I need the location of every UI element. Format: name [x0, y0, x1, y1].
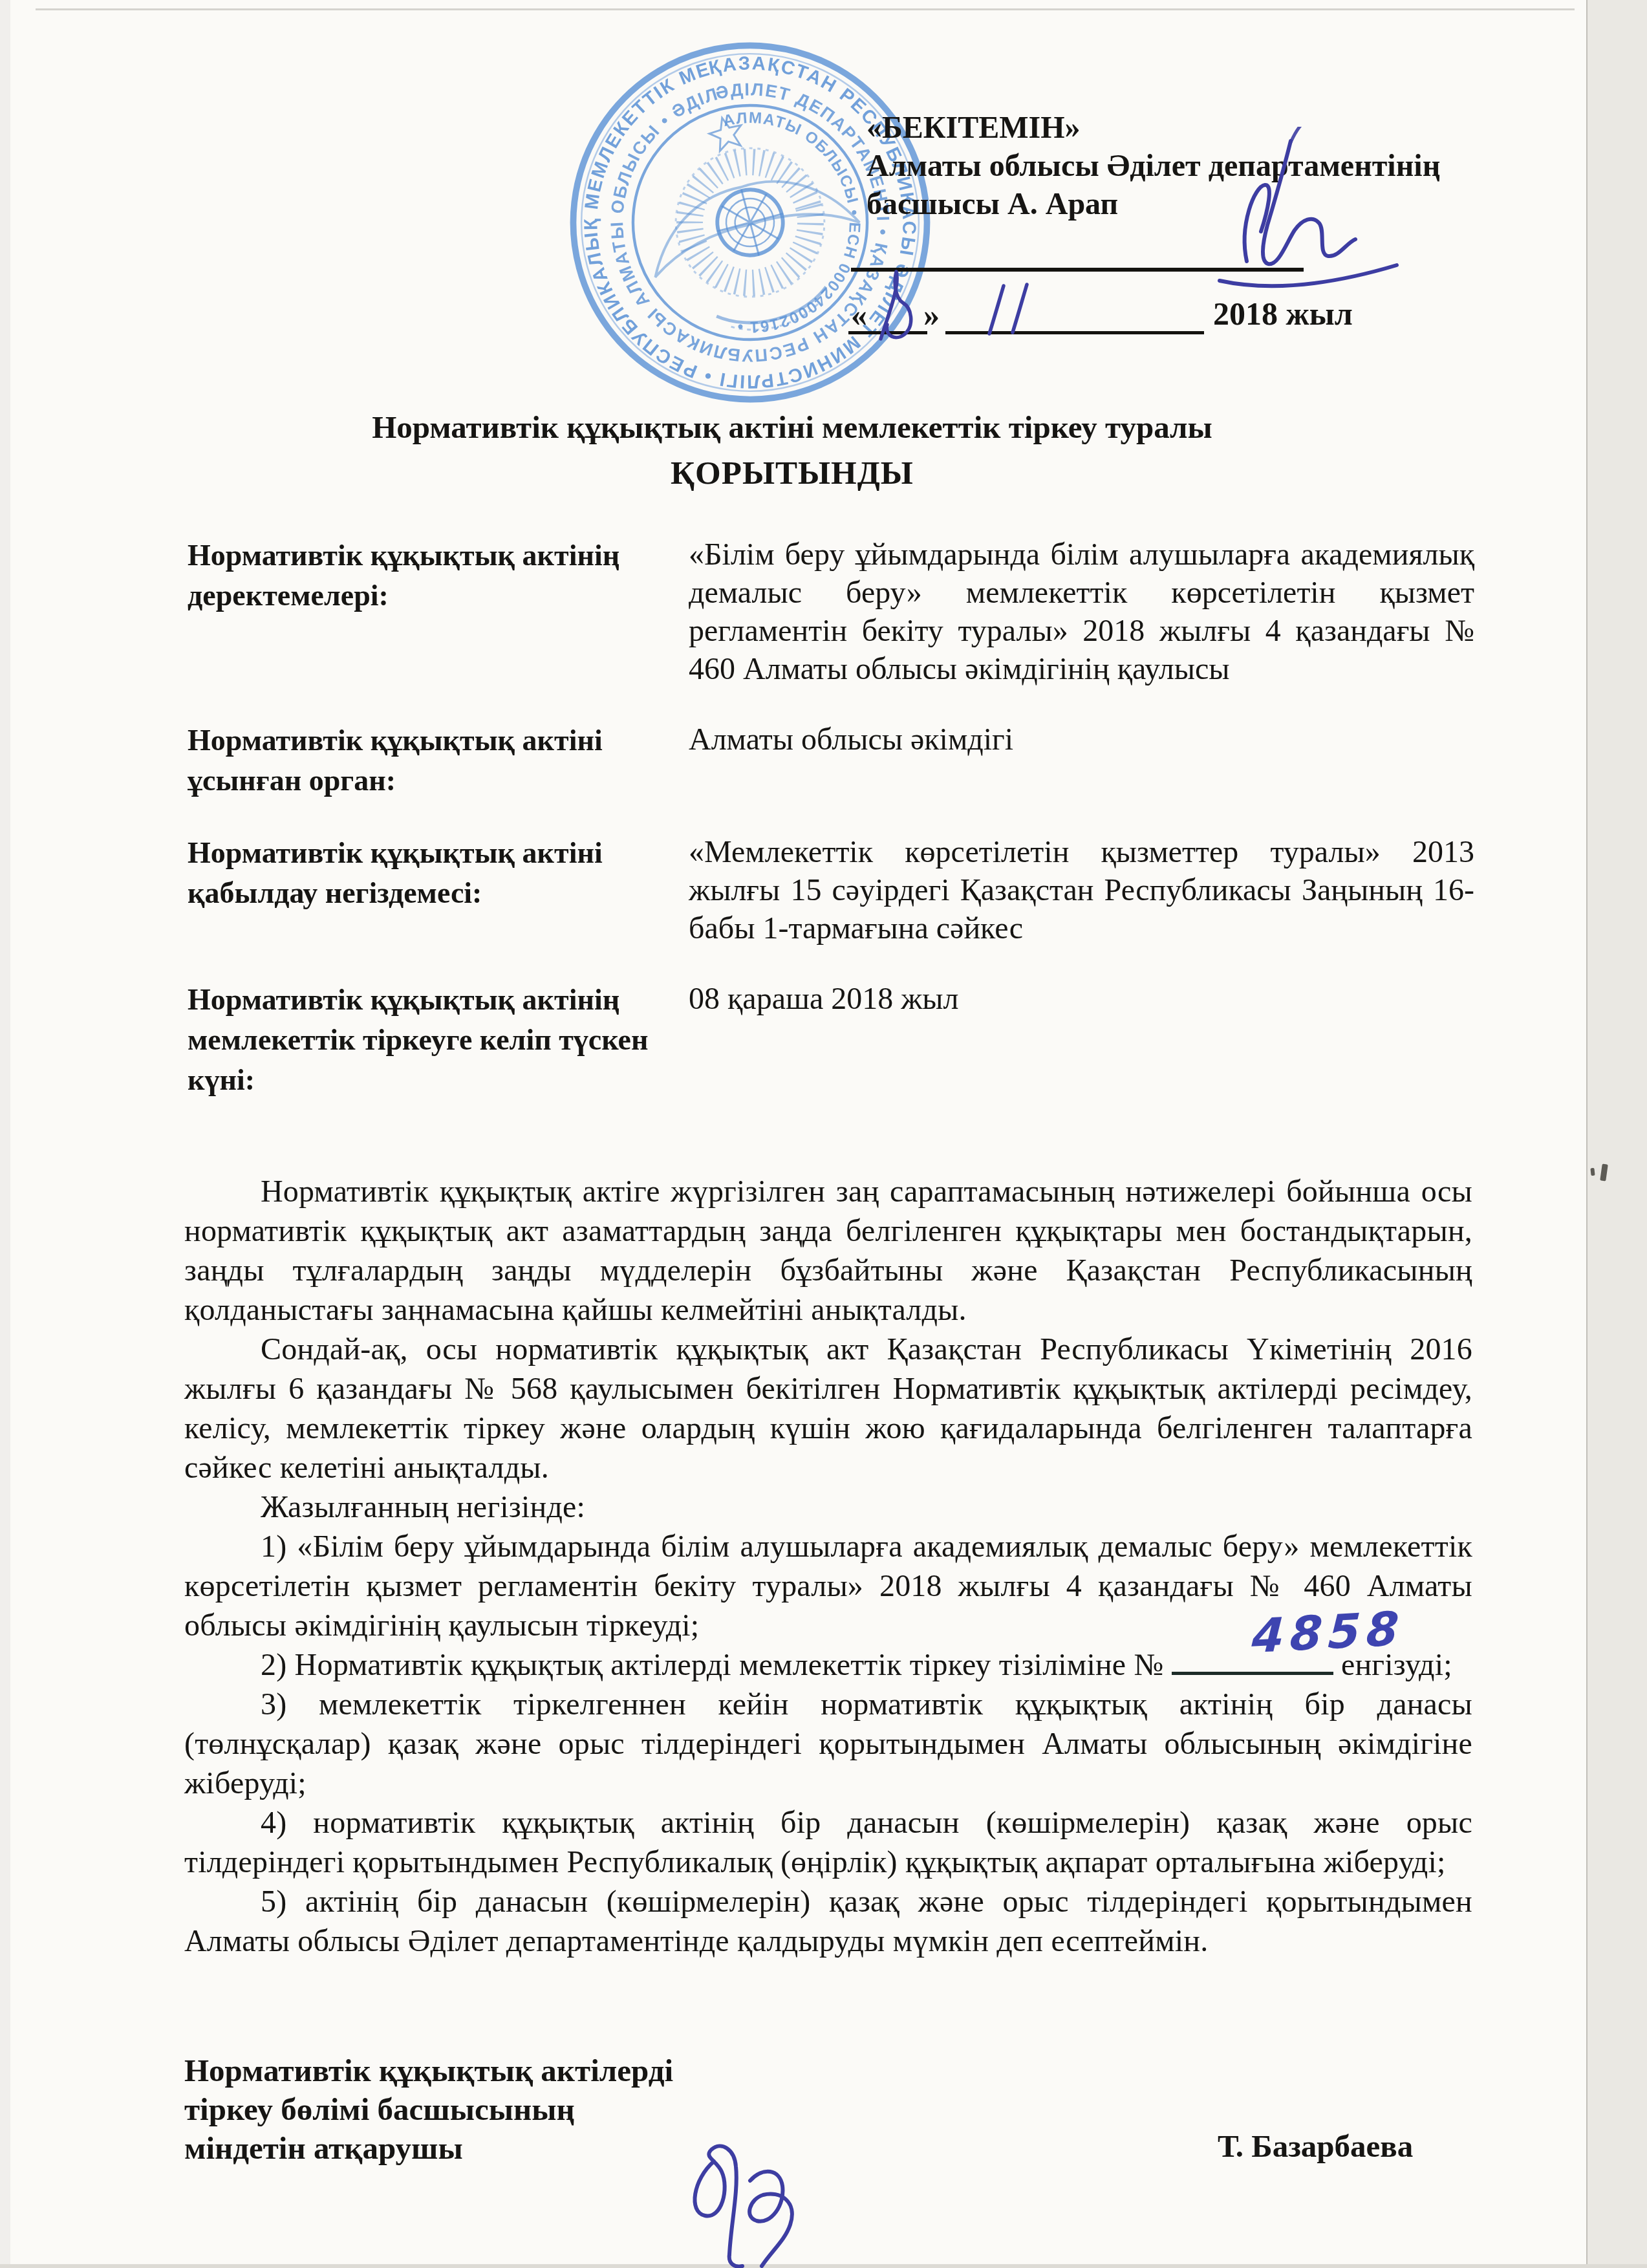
details-row-requisites: Нормативтік құқықтық актінің деректемеле… — [188, 535, 1474, 688]
details-value: «Білім беру ұйымдарында білім алушыларға… — [689, 535, 1474, 688]
title-line-2: ҚОРЫТЫНДЫ — [184, 454, 1400, 493]
scan-edge-top — [36, 8, 1575, 10]
signoff-position-line-2: тіркеу бөлімі басшысының — [184, 2090, 1478, 2129]
handwritten-month-11 — [978, 282, 1037, 339]
handwritten-day-mark — [861, 266, 934, 345]
scan-speck — [1590, 1168, 1595, 1176]
details-value: «Мемлекеттік көрсетілетін қызметтер тура… — [689, 833, 1474, 947]
approval-date-line: « » 2018 жыл — [851, 296, 867, 334]
list-item-2-prefix: 2) Нормативтік құқықтық актілерді мемлек… — [261, 1648, 1164, 1682]
details-label: Нормативтік құқықтық актінің мемлекеттік… — [188, 980, 689, 1100]
details-row-received-date: Нормативтік құқықтық актінің мемлекеттік… — [188, 980, 1474, 1100]
scanned-document-page: ҚАЗАҚСТАН РЕСПУБЛИКАСЫ ӘДІЛЕТ МИНИСТРЛІГ… — [0, 0, 1647, 2268]
signoff-name: Т. Базарбаева — [1218, 2128, 1413, 2165]
details-value: Алматы облысы әкімдігі — [689, 720, 1474, 801]
list-item-3: 3) мемлекеттік тіркелгеннен кейін нормат… — [184, 1685, 1472, 1803]
details-label: Нормативтік құқықтық актіні ұсынған орга… — [188, 720, 689, 801]
details-table: Нормативтік құқықтық актінің деректемеле… — [188, 535, 1474, 1132]
details-label: Нормативтік құқықтық актіні қабылдау нег… — [188, 833, 689, 947]
details-row-submitting-body: Нормативтік құқықтық актіні ұсынған орга… — [188, 720, 1474, 801]
details-label: Нормативтік құқықтық актінің деректемеле… — [188, 535, 689, 688]
scan-edge-left — [0, 0, 10, 2268]
head-signature — [1182, 127, 1415, 301]
scan-edge-right — [1586, 0, 1647, 2268]
paragraph-rules-compliance: Сондай-ақ, осы нормативтік құқықтық акт … — [184, 1330, 1472, 1487]
document-title: Нормативтік құқықтық актіні мемлекеттік … — [184, 409, 1400, 493]
paragraph-based-on: Жазылғанның негізінде: — [184, 1487, 1472, 1527]
list-item-5: 5) актінің бір данасын (көшірмелерін) қа… — [184, 1882, 1472, 1961]
registry-number-blank: 4858 — [1172, 1664, 1333, 1675]
details-row-legal-basis: Нормативтік құқықтық актіні қабылдау нег… — [188, 833, 1474, 947]
document-body: Нормативтік құқықтық актіге жүргізілген … — [184, 1172, 1472, 1961]
registrar-signature — [652, 2139, 878, 2268]
paragraph-expertise-result: Нормативтік құқықтық актіге жүргізілген … — [184, 1172, 1472, 1330]
list-item-2: 2) Нормативтік құқықтық актілерді мемлек… — [184, 1645, 1472, 1685]
details-value: 08 қараша 2018 жыл — [689, 980, 1474, 1100]
signoff-position-line-1: Нормативтік құқықтық актілерді — [184, 2051, 1478, 2090]
list-item-4: 4) нормативтік құқықтық актінің бір дана… — [184, 1803, 1472, 1882]
title-line-1: Нормативтік құқықтық актіні мемлекеттік … — [184, 409, 1400, 446]
